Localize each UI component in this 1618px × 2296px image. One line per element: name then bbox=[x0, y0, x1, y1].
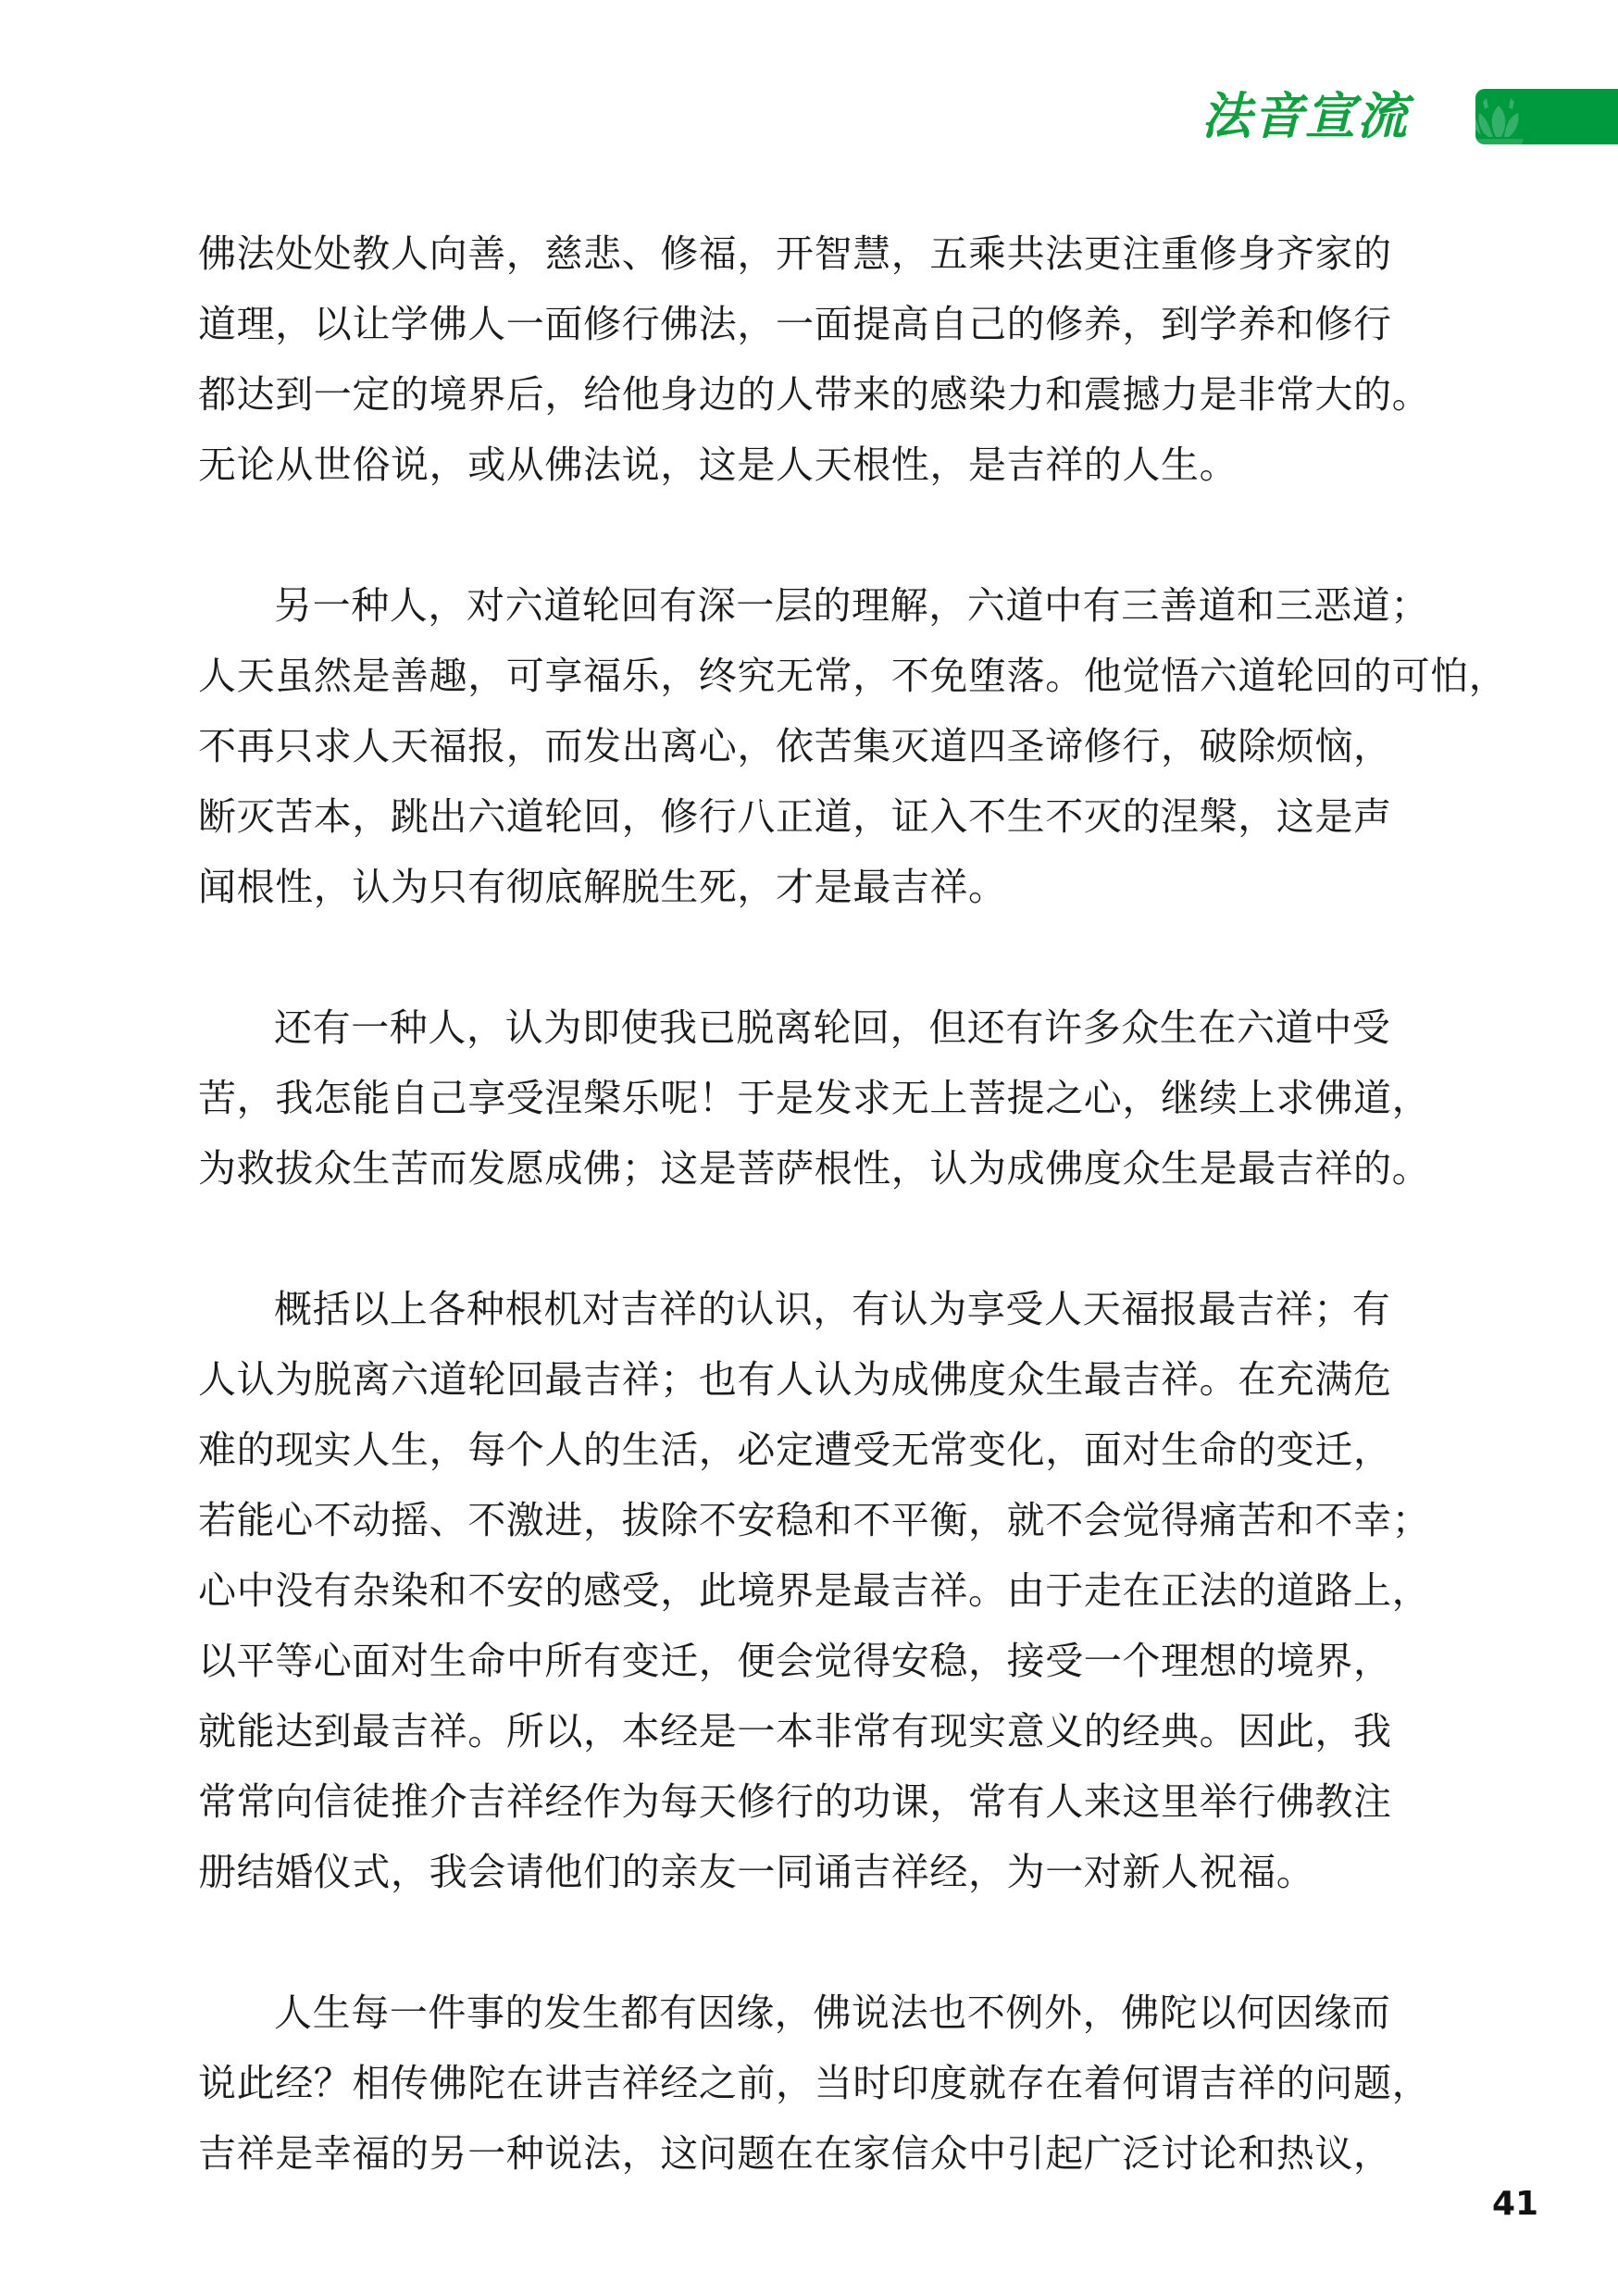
text-line: 苦，我怎能自己享受涅槃乐呢！于是发求无上菩提之心，继续上求佛道， bbox=[198, 1063, 1443, 1133]
text-line: 册结婚仪式，我会请他们的亲友一同诵吉祥经，为一对新人祝福。 bbox=[198, 1837, 1443, 1907]
text-line: 常常向信徒推介吉祥经作为每天修行的功课，常有人来这里举行佛教注 bbox=[198, 1766, 1443, 1837]
text-line: 人天虽然是善趣，可享福乐，终究无常，不免堕落。他觉悟六道轮回的可怕， bbox=[198, 641, 1443, 711]
text-line: 难的现实人生，每个人的生活，必定遭受无常变化，面对生命的变迁， bbox=[198, 1415, 1443, 1485]
paragraph-2: 另一种人，对六道轮回有深一层的理解，六道中有三善道和三恶道； 人天虽然是善趣，可… bbox=[198, 570, 1443, 922]
section-title: 法音宣流 bbox=[1201, 85, 1409, 148]
text-line: 以平等心面对生命中所有变迁，便会觉得安稳，接受一个理想的境界， bbox=[198, 1626, 1443, 1696]
section-tab bbox=[1475, 89, 1618, 144]
text-line: 人认为脱离六道轮回最吉祥；也有人认为成佛度众生最吉祥。在充满危 bbox=[198, 1344, 1443, 1415]
text-line: 概括以上各种根机对吉祥的认识，有认为享受人天福报最吉祥；有 bbox=[198, 1274, 1443, 1344]
text-line: 为救拔众生苦而发愿成佛；这是菩萨根性，认为成佛度众生是最吉祥的。 bbox=[198, 1133, 1443, 1204]
text-line: 断灭苦本，跳出六道轮回，修行八正道，证入不生不灭的涅槃，这是声 bbox=[198, 781, 1443, 852]
text-line: 都达到一定的境界后，给他身边的人带来的感染力和震撼力是非常大的。 bbox=[198, 359, 1443, 430]
text-line: 无论从世俗说，或从佛法说，这是人天根性，是吉祥的人生。 bbox=[198, 430, 1443, 500]
text-line: 道理，以让学佛人一面修行佛法，一面提高自己的修养，到学养和修行 bbox=[198, 289, 1443, 359]
paragraph-1: 佛法处处教人向善，慈悲、修福，开智慧，五乘共法更注重修身齐家的 道理，以让学佛人… bbox=[198, 218, 1443, 500]
text-line: 人生每一件事的发生都有因缘，佛说法也不例外，佛陀以何因缘而 bbox=[198, 1978, 1443, 2048]
article-body: 佛法处处教人向善，慈悲、修福，开智慧，五乘共法更注重修身齐家的 道理，以让学佛人… bbox=[198, 218, 1443, 2259]
paragraph-3: 还有一种人，认为即使我已脱离轮回，但还有许多众生在六道中受 苦，我怎能自己享受涅… bbox=[198, 992, 1443, 1204]
paragraph-5: 人生每一件事的发生都有因缘，佛说法也不例外，佛陀以何因缘而 说此经？相传佛陀在讲… bbox=[198, 1978, 1443, 2189]
text-line: 说此经？相传佛陀在讲吉祥经之前，当时印度就存在着何谓吉祥的问题， bbox=[198, 2048, 1443, 2118]
text-line: 还有一种人，认为即使我已脱离轮回，但还有许多众生在六道中受 bbox=[198, 992, 1443, 1063]
text-line: 另一种人，对六道轮回有深一层的理解，六道中有三善道和三恶道； bbox=[198, 570, 1443, 641]
text-line: 吉祥是幸福的另一种说法，这问题在在家信众中引起广泛讨论和热议， bbox=[198, 2118, 1443, 2189]
page-number: 41 bbox=[1492, 2185, 1538, 2223]
lotus-icon bbox=[1475, 89, 1618, 144]
text-line: 就能达到最吉祥。所以，本经是一本非常有现实意义的经典。因此，我 bbox=[198, 1696, 1443, 1766]
text-line: 不再只求人天福报，而发出离心，依苦集灭道四圣谛修行，破除烦恼， bbox=[198, 711, 1443, 781]
text-line: 若能心不动摇、不激进，拔除不安稳和不平衡，就不会觉得痛苦和不幸； bbox=[198, 1485, 1443, 1555]
text-line: 佛法处处教人向善，慈悲、修福，开智慧，五乘共法更注重修身齐家的 bbox=[198, 218, 1443, 289]
text-line: 心中没有杂染和不安的感受，此境界是最吉祥。由于走在正法的道路上， bbox=[198, 1555, 1443, 1626]
paragraph-4: 概括以上各种根机对吉祥的认识，有认为享受人天福报最吉祥；有 人认为脱离六道轮回最… bbox=[198, 1274, 1443, 1907]
text-line: 闻根性，认为只有彻底解脱生死，才是最吉祥。 bbox=[198, 852, 1443, 922]
